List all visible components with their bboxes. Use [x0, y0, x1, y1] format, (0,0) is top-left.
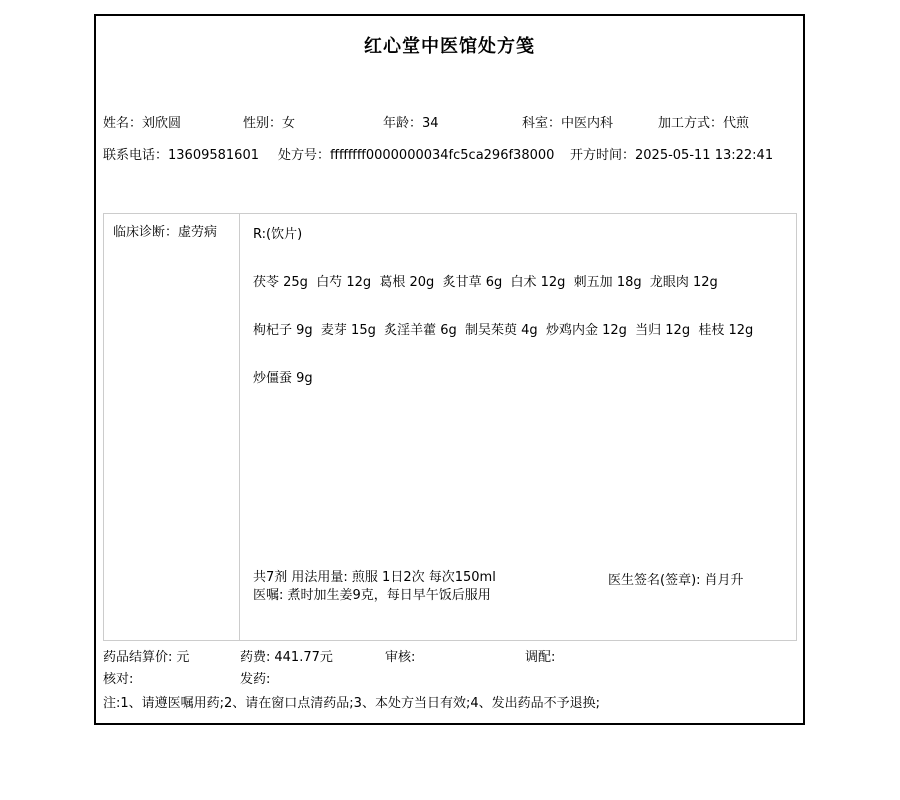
phone-label: 联系电话： — [103, 148, 168, 163]
usage-line: 共7剂 用法用量: 煎服 1日2次 每次150ml — [253, 569, 496, 587]
patient-gender-field: 性别：女 — [243, 116, 295, 132]
prescription-title: 红心堂中医馆处方笺 — [96, 32, 803, 58]
prescription-time-field: 开方时间：2025-05-11 13:22:41 — [570, 148, 773, 164]
settlement-price-value: 元 — [176, 650, 189, 665]
check-field: 核对: — [103, 671, 137, 688]
patient-name-label: 姓名： — [103, 116, 142, 131]
prescription-body: 临床诊断：虚劳病 R:(饮片) 茯苓 25g 白芍 12g 葛根 20g 炙甘草… — [103, 213, 797, 641]
settlement-price-field: 药品结算价:元 — [103, 649, 189, 666]
check-label: 核对: — [103, 672, 133, 687]
review-field: 审核: — [385, 649, 419, 666]
doctor-advice-line: 医嘱: 煮时加生姜9克，每日早午饭后服用 — [253, 587, 496, 605]
herb-line: 枸杞子 9g 麦芽 15g 炙淫羊藿 6g 制吴茱萸 4g 炒鸡内金 12g 当… — [253, 322, 786, 340]
department-label: 科室： — [522, 116, 561, 131]
doctor-signature-label: 医生签名(签章): — [608, 573, 701, 588]
dispense-prep-label: 调配: — [525, 650, 555, 665]
medicine-fee-label: 药费: — [240, 650, 270, 665]
doctor-signature-field: 医生签名(签章):肖月升 — [608, 569, 744, 588]
review-label: 审核: — [385, 650, 415, 665]
diagnosis-label: 临床诊断： — [113, 225, 178, 240]
usage-block: 共7剂 用法用量: 煎服 1日2次 每次150ml 医嘱: 煮时加生姜9克，每日… — [253, 569, 496, 605]
medicine-fee-field: 药费:441.77元 — [240, 649, 333, 666]
patient-age-field: 年龄：34 — [383, 116, 439, 132]
prescription-number-label: 处方号： — [278, 148, 330, 163]
prescription-time-label: 开方时间： — [570, 148, 635, 163]
medicine-fee-value: 441.77元 — [274, 650, 333, 665]
patient-name-field: 姓名：刘欣圆 — [103, 116, 181, 132]
processing-method-label: 加工方式： — [658, 116, 723, 131]
herb-line: 炒僵蚕 9g — [253, 370, 786, 388]
phone-value: 13609581601 — [168, 148, 259, 163]
herb-line: 茯苓 25g 白芍 12g 葛根 20g 炙甘草 6g 白术 12g 刺五加 1… — [253, 274, 786, 292]
dispense-label: 发药: — [240, 672, 270, 687]
patient-gender-label: 性别： — [243, 116, 282, 131]
department-field: 科室：中医内科 — [522, 116, 613, 132]
processing-method-field: 加工方式：代煎 — [658, 116, 749, 132]
prescription-page: 红心堂中医馆处方笺 姓名：刘欣圆 性别：女 年龄：34 科室：中医内科 加工方式… — [94, 14, 805, 725]
diagnosis-cell: 临床诊断：虚劳病 — [104, 214, 240, 640]
diagnosis-value: 虚劳病 — [178, 225, 217, 240]
patient-name-value: 刘欣圆 — [142, 116, 181, 131]
processing-method-value: 代煎 — [723, 116, 749, 131]
dispense-field: 发药: — [240, 671, 274, 688]
prescription-time-value: 2025-05-11 13:22:41 — [635, 148, 773, 163]
patient-age-label: 年龄： — [383, 116, 422, 131]
prescription-number-field: 处方号：ffffffff0000000034fc5ca296f38000 — [278, 148, 554, 164]
dispense-prep-field: 调配: — [525, 649, 559, 666]
patient-gender-value: 女 — [282, 116, 295, 131]
footer-note: 注:1、请遵医嘱用药;2、请在窗口点清药品;3、本处方当日有效;4、发出药品不予… — [103, 692, 600, 711]
phone-field: 联系电话：13609581601 — [103, 148, 259, 164]
rx-header: R:(饮片) — [253, 226, 786, 244]
patient-age-value: 34 — [422, 116, 439, 131]
prescription-number-value: ffffffff0000000034fc5ca296f38000 — [330, 148, 554, 163]
settlement-price-label: 药品结算价: — [103, 650, 172, 665]
doctor-signature-value: 肖月升 — [705, 573, 744, 588]
department-value: 中医内科 — [561, 116, 613, 131]
